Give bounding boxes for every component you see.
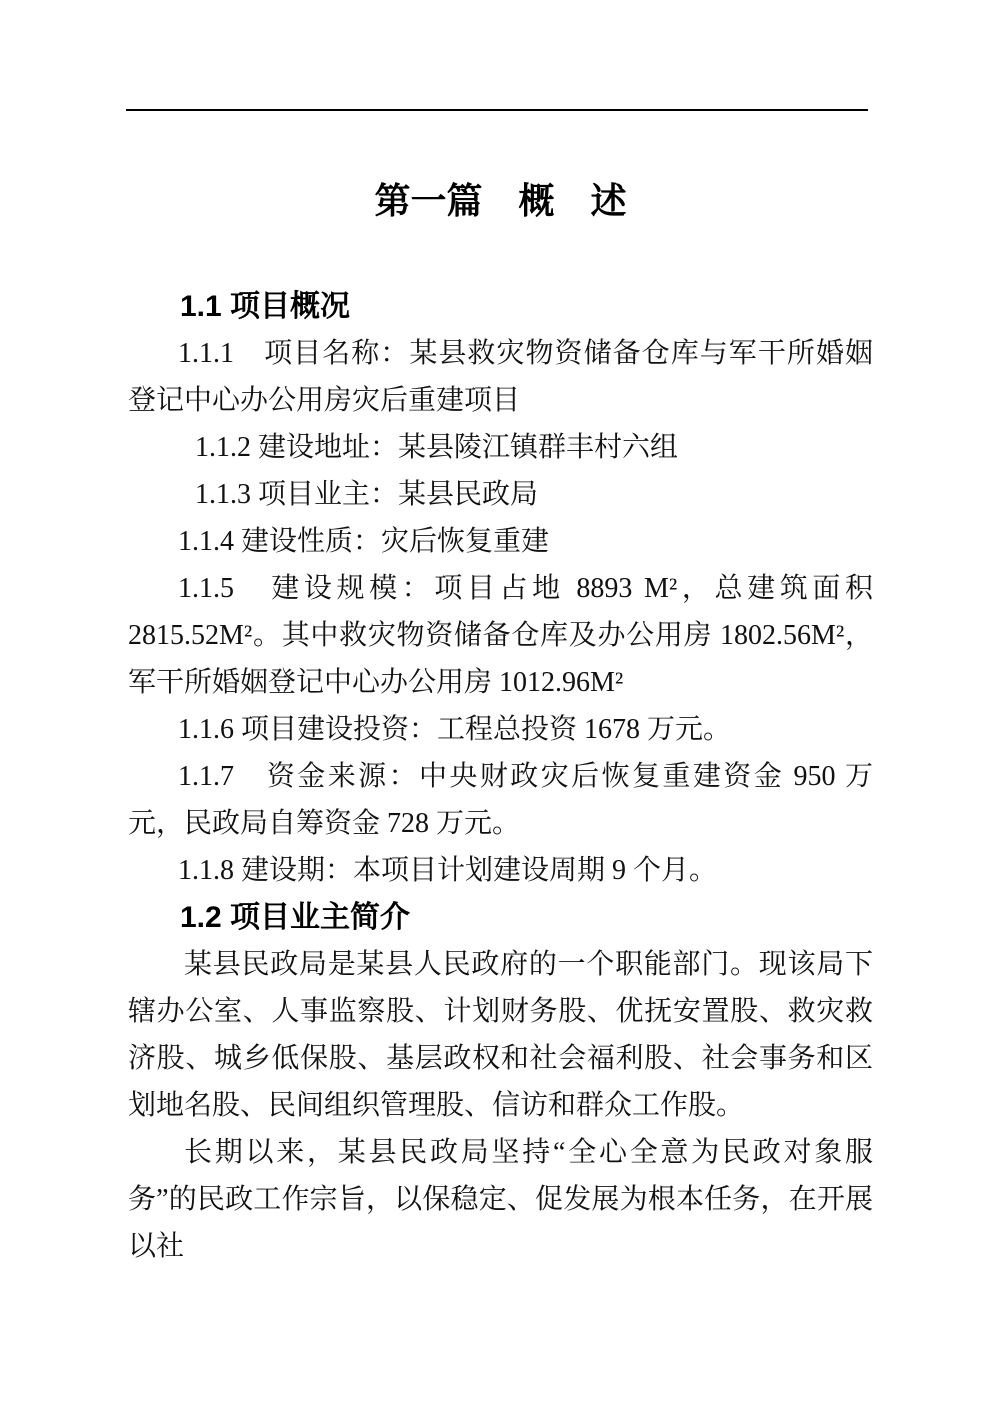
chapter-title: 第一篇 概 述 (128, 178, 873, 224)
paragraph-item-1-1-5: 1.1.5 建设规模：项目占地 8893 M²，总建筑面积 2815.52M²。… (128, 565, 873, 706)
page-content: 第一篇 概 述 1.1 项目概况 1.1.1 项目名称：某县救灾物资储备仓库与军… (128, 0, 873, 1270)
paragraph-item-1-1-2: 1.1.2 建设地址：某县陵江镇群丰村六组 (128, 424, 873, 471)
paragraph-item-1-1-1: 1.1.1 项目名称：某县救灾物资储备仓库与军干所婚姻登记中心办公用房灾后重建项… (128, 330, 873, 424)
paragraph-item-1-1-7: 1.1.7 资金来源：中央财政灾后恢复重建资金 950 万元，民政局自筹资金 7… (128, 753, 873, 847)
paragraph-owner-mission: 长期以来，某县民政局坚持“全心全意为民政对象服务”的民政工作宗旨，以保稳定、促发… (128, 1129, 873, 1270)
section-heading-1-2: 1.2 项目业主简介 (128, 894, 873, 941)
section-heading-1-1: 1.1 项目概况 (128, 283, 873, 330)
paragraph-item-1-1-6: 1.1.6 项目建设投资：工程总投资 1678 万元。 (128, 706, 873, 753)
paragraph-item-1-1-8: 1.1.8 建设期：本项目计划建设周期 9 个月。 (128, 847, 873, 894)
document-page: 第一篇 概 述 1.1 项目概况 1.1.1 项目名称：某县救灾物资储备仓库与军… (0, 0, 993, 1404)
paragraph-owner-intro: 某县民政局是某县人民政府的一个职能部门。现该局下辖办公室、人事监察股、计划财务股… (128, 941, 873, 1129)
paragraph-item-1-1-4: 1.1.4 建设性质：灾后恢复重建 (128, 518, 873, 565)
paragraph-item-1-1-3: 1.1.3 项目业主：某县民政局 (128, 471, 873, 518)
